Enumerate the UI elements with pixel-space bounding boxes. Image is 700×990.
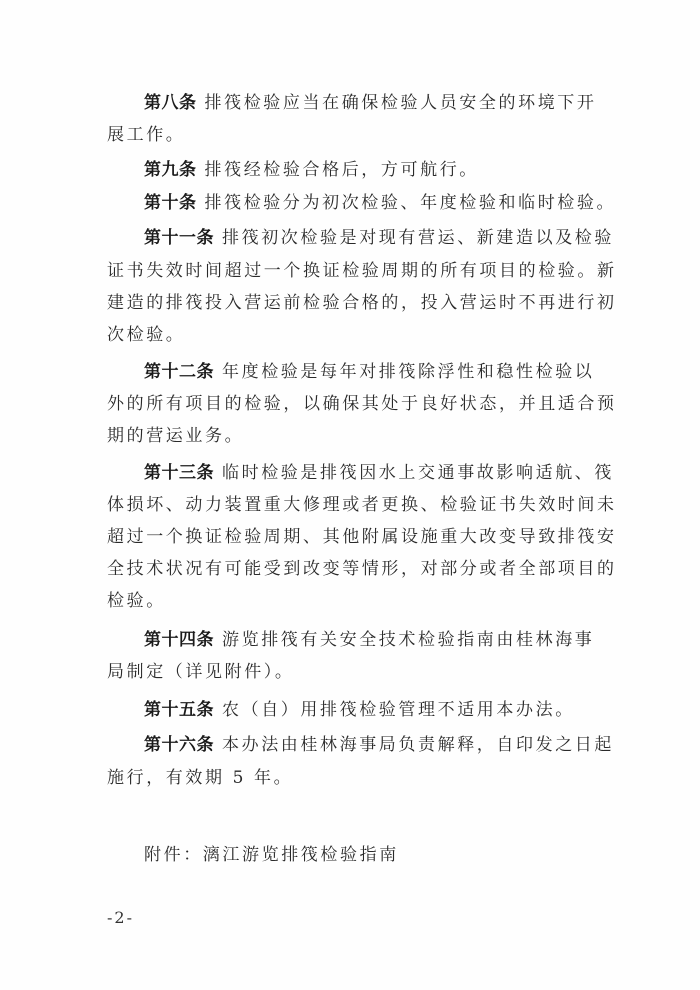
article-13-line-3: 超过一个换证检验周期、其他附属设施重大改变导致排筏安	[107, 526, 591, 548]
article-text: 临时检验是排筏因水上交通事故影响适航、筏	[222, 463, 614, 483]
article-15-line-1: 第十五条农（自）用排筏检验管理不适用本办法。	[144, 699, 591, 721]
article-heading: 第十六条	[144, 735, 214, 755]
article-13-line-5: 检验。	[107, 590, 591, 612]
article-text: 排筏经检验合格后，方可航行。	[205, 160, 479, 180]
article-11-line-1: 第十一条排筏初次检验是对现有营运、新建造以及检验	[144, 227, 591, 249]
article-text: 排筏检验分为初次检验、年度检验和临时检验。	[205, 193, 617, 213]
article-13-line-4: 全技术状况有可能受到改变等情形，对部分或者全部项目的	[107, 558, 591, 580]
article-heading: 第十五条	[144, 700, 214, 720]
article-11-line-4: 次检验。	[107, 324, 591, 346]
article-8-line-2: 展工作。	[107, 124, 591, 146]
article-heading: 第十四条	[144, 630, 214, 650]
page-number: -2-	[107, 908, 134, 927]
article-heading: 第十三条	[144, 463, 214, 483]
attachment-note: 附件：漓江游览排筏检验指南	[144, 844, 591, 866]
article-text: 排筏初次检验是对现有营运、新建造以及检验	[222, 228, 614, 248]
article-heading: 第九条	[144, 160, 197, 180]
article-heading: 第十二条	[144, 362, 214, 382]
article-text: 游览排筏有关安全技术检验指南由桂林海事	[222, 630, 594, 650]
article-text: 本办法由桂林海事局负责解释，自印发之日起	[222, 735, 614, 755]
article-text: 农（自）用排筏检验管理不适用本办法。	[222, 700, 575, 720]
article-12-line-2: 外的所有项目的检验，以确保其处于良好状态，并且适合预	[107, 393, 591, 415]
document-page: 第八条排筏检验应当在确保检验人员安全的环境下开 展工作。 第九条排筏经检验合格后…	[0, 0, 700, 990]
article-10-line-1: 第十条排筏检验分为初次检验、年度检验和临时检验。	[144, 192, 591, 214]
article-heading: 第十条	[144, 193, 197, 213]
article-16-line-1: 第十六条本办法由桂林海事局负责解释，自印发之日起	[144, 734, 591, 756]
article-9-line-1: 第九条排筏经检验合格后，方可航行。	[144, 159, 591, 181]
article-14-line-1: 第十四条游览排筏有关安全技术检验指南由桂林海事	[144, 629, 591, 651]
article-11-line-3: 建造的排筏投入营运前检验合格的，投入营运时不再进行初	[107, 292, 591, 314]
article-12-line-1: 第十二条年度检验是每年对排筏除浮性和稳性检验以	[144, 361, 591, 383]
article-text: 排筏检验应当在确保检验人员安全的环境下开	[205, 93, 597, 113]
article-14-line-2: 局制定（详见附件）。	[107, 661, 591, 683]
article-16-line-2: 施行，有效期 5 年。	[107, 767, 591, 789]
article-12-line-3: 期的营运业务。	[107, 425, 591, 447]
article-heading: 第十一条	[144, 228, 214, 248]
article-13-line-2: 体损坏、动力装置重大修理或者更换、检验证书失效时间未	[107, 494, 591, 516]
article-8-line-1: 第八条排筏检验应当在确保检验人员安全的环境下开	[144, 92, 591, 114]
article-text: 年度检验是每年对排筏除浮性和稳性检验以	[222, 362, 594, 382]
article-heading: 第八条	[144, 93, 197, 113]
article-11-line-2: 证书失效时间超过一个换证检验周期的所有项目的检验。新	[107, 260, 591, 282]
article-13-line-1: 第十三条临时检验是排筏因水上交通事故影响适航、筏	[144, 462, 591, 484]
